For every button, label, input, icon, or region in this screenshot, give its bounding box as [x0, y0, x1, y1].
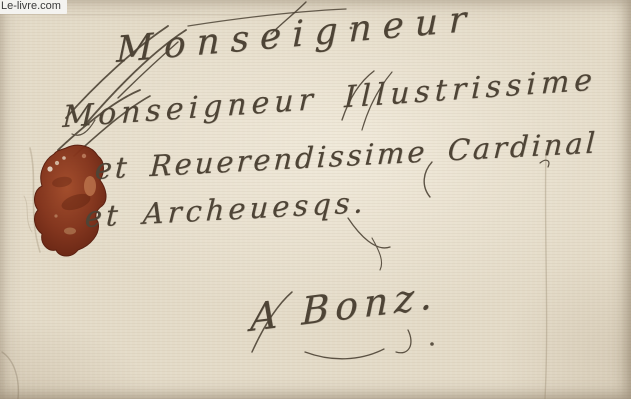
watermark-label: Le-livre.com [0, 0, 67, 14]
letter-scan: Monseigneur Monseigneur Illustrissime et… [0, 0, 631, 399]
